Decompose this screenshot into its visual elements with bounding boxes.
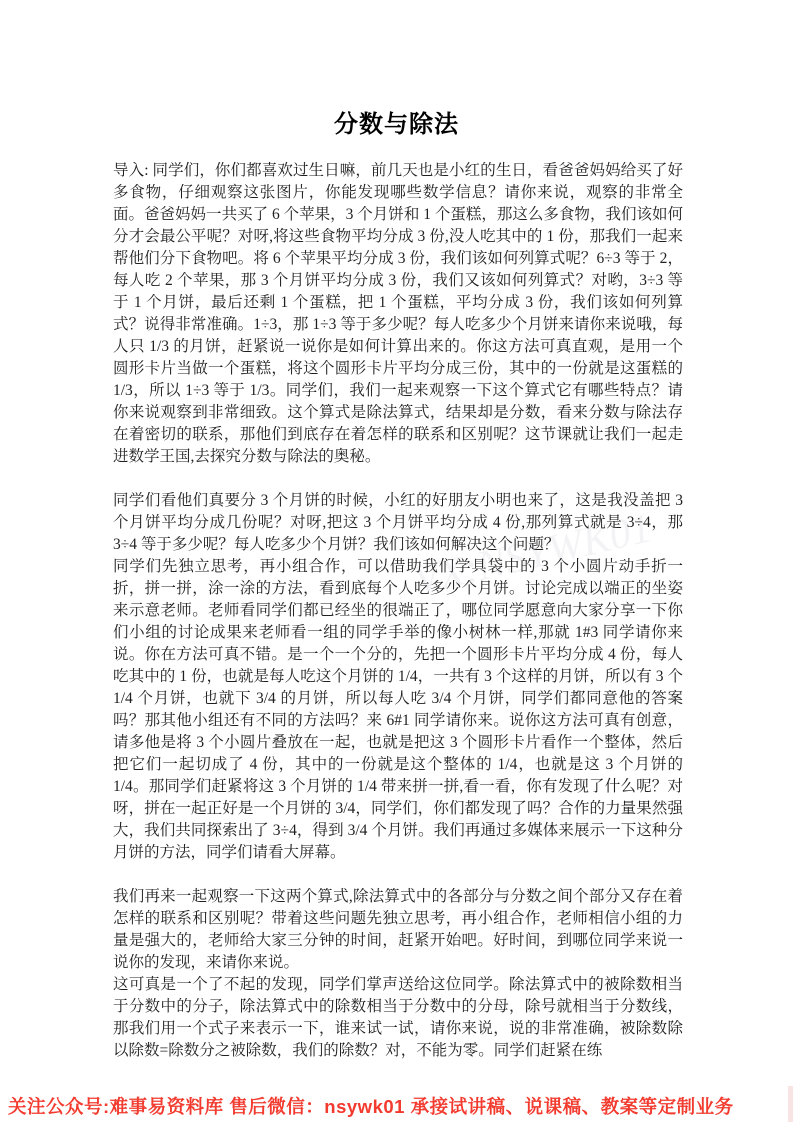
paragraph-mooncake-question: 同学们看他们真要分 3 个月饼的时候，小红的好朋友小明也来了，这是我没盖把 3 … [113, 490, 683, 556]
paragraph-discovery-conclusion: 这可真是一个了不起的发现，同学们掌声送给这位同学。除法算式中的被除数相当于分数中… [113, 974, 683, 1062]
document-body: 导入: 同学们，你们都喜欢过生日嘛，前几天也是小红的生日，看爸爸妈妈给买了好多食… [113, 160, 683, 1062]
document-page: 分数与除法 VX:NSYWK01 导入: 同学们，你们都喜欢过生日嘛，前几天也是… [0, 0, 793, 1122]
paragraph-group-discussion: 同学们先独立思考，再小组合作，可以借助我们学具袋中的 3 个小圆片动手折一折，拼… [113, 556, 683, 864]
footer-edge-strip [788, 1086, 793, 1122]
paragraph-compare-expressions: 我们再来一起观察一下这两个算式,除法算式中的各部分与分数之间个部分又存在着怎样的… [113, 886, 683, 974]
paragraph-intro: 导入: 同学们，你们都喜欢过生日嘛，前几天也是小红的生日，看爸爸妈妈给买了好多食… [113, 160, 683, 468]
promo-footer-text: 关注公众号:难事易资料库 售后微信：nsywk01 承接试讲稿、说课稿、教案等定… [8, 1093, 734, 1119]
promo-footer: 关注公众号:难事易资料库 售后微信：nsywk01 承接试讲稿、说课稿、教案等定… [0, 1089, 793, 1122]
page-title: 分数与除法 [0, 104, 793, 139]
